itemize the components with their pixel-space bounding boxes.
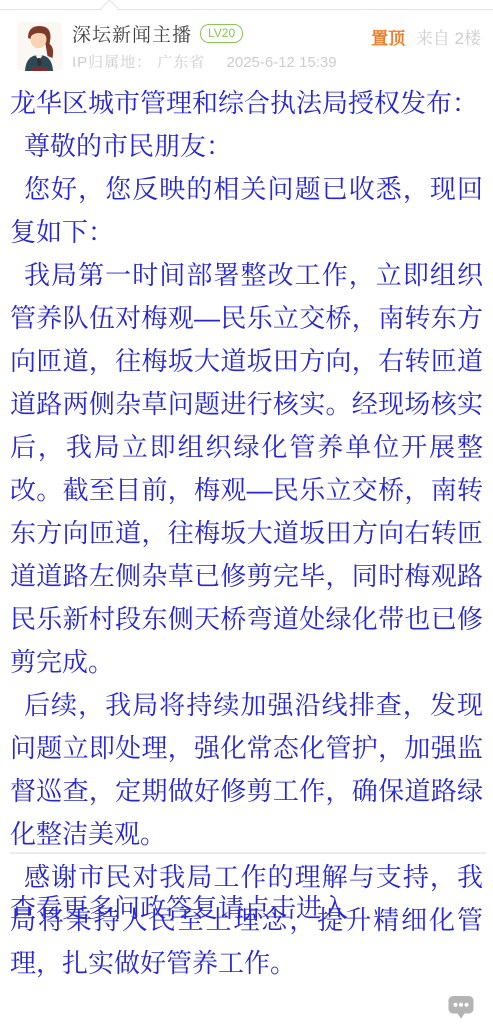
timestamp: 2025-6-12 15:39	[227, 54, 337, 71]
avatar[interactable]	[17, 22, 62, 71]
paragraph: 后续，我局将持续加强沿线排查，发现问题立即处理，强化常态化管护，加强监督巡查，定…	[10, 684, 483, 856]
divider	[10, 852, 486, 854]
paragraph: 尊敬的市民朋友：	[10, 125, 483, 168]
header-badges: 置顶 来自 2楼	[371, 24, 481, 49]
post-header: 深坛新闻主播 LV20 IP归属地： 广东省 2025-6-12 15:39 置…	[0, 20, 493, 76]
level-badge: LV20	[200, 24, 243, 43]
author-info: 深坛新闻主播 LV20 IP归属地： 广东省 2025-6-12 15:39	[72, 20, 337, 72]
post-meta: IP归属地： 广东省 2025-6-12 15:39	[72, 51, 337, 72]
comment-bubble-icon[interactable]	[448, 995, 474, 1019]
paragraph: 您好，您反映的相关问题已收悉，现回复如下：	[10, 168, 483, 254]
post-content: 龙华区城市管理和综合执法局授权发布： 尊敬的市民朋友： 您好，您反映的相关问题已…	[10, 82, 483, 985]
floor-label: 来自 2楼	[416, 29, 481, 48]
pinned-badge: 置顶	[371, 29, 405, 48]
username[interactable]: 深坛新闻主播	[72, 20, 192, 47]
paragraph: 龙华区城市管理和综合执法局授权发布：	[10, 82, 483, 125]
post-container: 深坛新闻主播 LV20 IP归属地： 广东省 2025-6-12 15:39 置…	[0, 0, 493, 1024]
news-anchor-avatar-icon	[17, 22, 62, 71]
paragraph: 我局第一时间部署整改工作，立即组织管养队伍对梅观—民乐立交桥，南转东方向匝道，往…	[10, 254, 483, 684]
bubble-notch-icon	[100, 0, 118, 18]
ip-location-label: IP归属地： 广东省	[72, 54, 205, 71]
bubble-top-border	[0, 9, 493, 10]
more-replies-link[interactable]: 查看更多问政答复请点击进入	[10, 890, 348, 926]
